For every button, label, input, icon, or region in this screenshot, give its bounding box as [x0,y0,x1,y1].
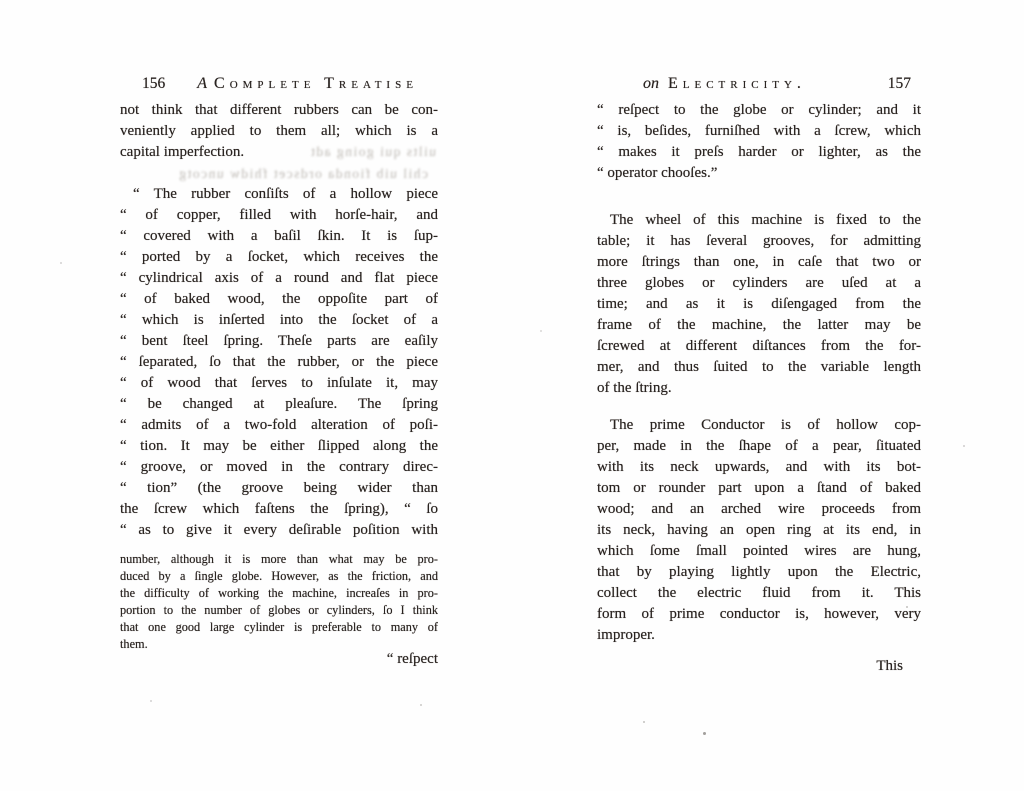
text-line: “ tion” (the groove being wider than [120,478,438,499]
text-line: more ſtrings than one, in caſe that two … [597,252,921,273]
text-line: “ operator chooſes.” [597,163,921,184]
text-line: “ The rubber conſiſts of a hollow piece [120,184,438,205]
text-line: “ as to give it every deſirable poſition… [120,520,438,541]
right-page: on Electricity. 157 “ reſpect to the glo… [597,75,921,685]
text-line: The wheel of this machine is fixed to th… [597,210,921,231]
scan-speck [420,704,422,706]
scan-speck [703,732,706,735]
text-line: “ admits of a two-fold alteration of poſ… [120,415,438,436]
text-line: collect the electric fluid from it. This [597,583,921,604]
text-line: The prime Conductor is of hollow cop- [597,415,921,436]
scan-speck [540,330,542,332]
text-line: veniently applied to them all; which is … [120,121,438,142]
text-line: ſcrewed at different diſtances from the … [597,336,921,357]
right-paragraph-3: The prime Conductor is of hollow cop-per… [597,415,921,646]
scan-speck [906,606,908,608]
text-line: “ tion. It may be either ſlipped along t… [120,436,438,457]
bleedthrough-text-inline: uilts qui going adt [280,142,436,162]
text-line: the ſcrew which faſtens the ſpring), “ ſ… [120,499,438,520]
right-running-header: on Electricity. 157 [597,75,921,96]
text-line: tom or rounder part upon a ſtand of bake… [597,478,921,499]
scan-speck [963,445,965,447]
right-header-italic: on [643,75,659,93]
text-line: frame of the machine, the latter may be [597,315,921,336]
text-line: duced by a ſingle globe. However, as the… [120,568,438,585]
text-line: number, although it is more than what ma… [120,551,438,568]
text-line: “ of baked wood, the oppoſite part of [120,289,438,310]
scan-speck [60,262,62,264]
left-page: 156 A Complete Treatise not think that d… [120,75,438,685]
book-scan: 156 A Complete Treatise not think that d… [0,0,1024,791]
text-line: “ ported by a ſocket, which receives the [120,247,438,268]
right-catchword: This [876,658,903,675]
text-line: that by playing lightly upon the Electri… [597,562,921,583]
right-quoted-paragraph: “ reſpect to the globe or cylinder; and … [597,100,921,184]
text-line: mer, and thus ſuited to the variable len… [597,357,921,378]
text-line: three globes or cylinders are uſed at a [597,273,921,294]
text-line: “ covered with a baſil ſkin. It is ſup- [120,226,438,247]
left-quoted-paragraph: “ The rubber conſiſts of a hollow piece“… [120,184,438,541]
text-line: of the ſtring. [597,378,921,399]
text-line: “ bent ſteel ſpring. Theſe parts are eaſ… [120,331,438,352]
bleedthrough-text-line: chil uib fionda ordscet fhidw uncotg [128,164,428,184]
left-catchword: “ reſpect [387,651,438,668]
text-line: “ be changed at pleaſure. The ſpring [120,394,438,415]
text-line: “ which is inſerted into the ſocket of a [120,310,438,331]
text-line: not think that different rubbers can be … [120,100,438,121]
text-line: that one good large cylinder is preferab… [120,619,438,636]
right-paragraph-2: The wheel of this machine is fixed to th… [597,210,921,399]
text-line: portion to the number of globes or cylin… [120,602,438,619]
text-line: form of prime conductor is, however, ver… [597,604,921,625]
left-page-number: 156 [142,75,165,93]
left-footnote: number, although it is more than what ma… [120,551,438,653]
left-header-title: Complete Treatise [214,75,418,93]
text-line: which ſome ſmall pointed wires are hung, [597,541,921,562]
text-line: “ cylindrical axis of a round and flat p… [120,268,438,289]
right-page-number: 157 [888,75,911,93]
text-line: “ groove, or moved in the contrary direc… [120,457,438,478]
text-line: time; and as it is diſengaged from the [597,294,921,315]
right-header-title: Electricity. [668,75,806,93]
text-line: improper. [597,625,921,646]
left-header-italic: A [197,75,207,93]
text-line: the difficulty of working the machine, i… [120,585,438,602]
text-line: wood; and an arched wire proceeds from [597,499,921,520]
text-line: per, made in the ſhape of a pear, ſituat… [597,436,921,457]
text-line: “ makes it preſs harder or lighter, as t… [597,142,921,163]
text-line: “ reſpect to the globe or cylinder; and … [597,100,921,121]
text-line: with its neck upwards, and with its bot- [597,457,921,478]
scan-speck [643,721,645,723]
text-line: its neck, having an open ring at its end… [597,520,921,541]
text-line: “ of copper, filled with horſe-hair, and [120,205,438,226]
scan-speck [150,700,152,702]
text-line: table; it has ſeveral grooves, for admit… [597,231,921,252]
text-line: “ of wood that ſerves to inſulate it, ma… [120,373,438,394]
text-line: “ ſeparated, ſo that the rubber, or the … [120,352,438,373]
left-running-header: 156 A Complete Treatise [120,75,438,96]
text-line: “ is, beſides, furniſhed with a ſcrew, w… [597,121,921,142]
